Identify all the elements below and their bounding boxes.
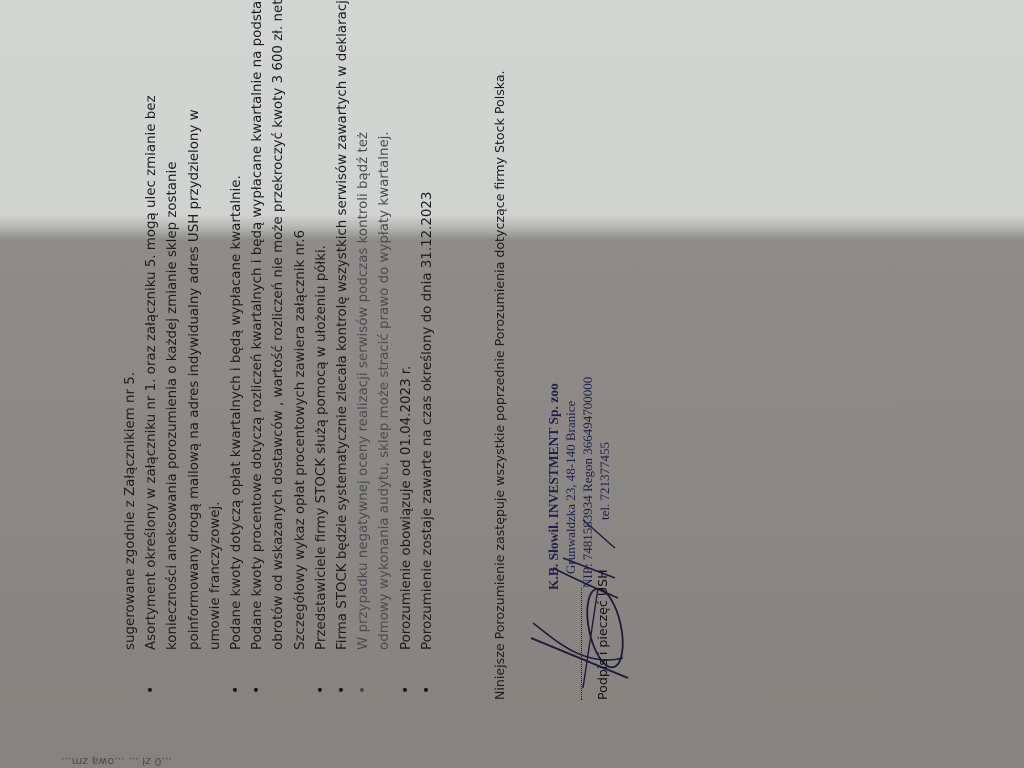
line-text: Asortyment określony w załączniku nr 1. … <box>144 95 159 650</box>
bullet-item-controls: Firma STOCK będzie systematycznie zlecał… <box>332 48 353 708</box>
list-line: umowie franczyzowej. <box>205 48 226 708</box>
terms-list: sugerowane zgodnie z Załącznikiem nr 5. … <box>120 48 438 708</box>
bullet-item-assortment: Asortyment określony w załączniku nr 1. … <box>141 48 162 708</box>
bullet-item-valid-from: Porozumienie obowiązuje od 01.04.2023 r. <box>396 48 417 708</box>
line-text: Firma STOCK będzie systematycznie zlecał… <box>335 0 350 650</box>
line-text: W przypadku negatywnej oceny realizacji … <box>356 132 371 650</box>
bullet-item-representatives: Przedstawiciele firmy STOCK służą pomocą… <box>311 48 332 708</box>
line-text: poinformowany drogą mailową na adres ind… <box>187 109 202 650</box>
list-line: poinformowany drogą mailową na adres ind… <box>184 48 205 708</box>
line-text: sugerowane zgodnie z Załącznikiem nr 5. <box>123 372 138 650</box>
line-text: umowie franczyzowej. <box>208 501 223 650</box>
closing-statement: Niniejsze Porozumienie zastępuje wszystk… <box>492 70 507 708</box>
bullet-item-valid-until: Porozumienie zostaje zawarte na czas okr… <box>417 48 438 708</box>
signature-area: Podpis i pieczęć USH K.B. Słowil. INVEST… <box>545 48 695 708</box>
company-stamp: K.B. Słowil. INVESTMENT Sp. zoo Grunwald… <box>545 377 613 590</box>
line-text: Podane kwoty procentowe dotyczą rozlicze… <box>250 0 265 650</box>
line-text: obrotów od wskazanych dostawców , wartoś… <box>271 0 286 650</box>
line-text: odmowy wykonania audytu, sklep może stra… <box>377 131 392 650</box>
bullet-item-negative-evaluation: W przypadku negatywnej oceny realizacji … <box>353 48 374 708</box>
stamp-address: Grunwaldzka 23, 48-140 Branice <box>562 377 579 590</box>
stamp-ids: NIP: 7481583934 Regon 366494700000 <box>579 377 596 590</box>
bullet-item-quarterly-fees: Podane kwoty dotyczą opłat kwartalnych i… <box>226 48 247 708</box>
line-text: konieczności aneksowania porozumienia o … <box>165 162 180 650</box>
signature-line <box>581 588 582 700</box>
line-text: Porozumienie obowiązuje od 01.04.2023 r. <box>399 366 414 650</box>
top-edge-fragment: ...0 zł ... ...ową zm... <box>61 755 172 768</box>
document-page: ...0 zł ... ...ową zm... sugerowane zgod… <box>0 0 1024 768</box>
list-line: Szczegółowy wykaz opłat procentowych zaw… <box>290 48 311 708</box>
stamp-phone: tel. 721377455 <box>596 377 613 590</box>
list-line: konieczności aneksowania porozumienia o … <box>162 48 183 708</box>
list-line: obrotów od wskazanych dostawców , wartoś… <box>268 48 289 708</box>
bullet-item-percentage-fees: Podane kwoty procentowe dotyczą rozlicze… <box>247 48 268 708</box>
line-text: Przedstawiciele firmy STOCK służą pomocą… <box>314 245 329 650</box>
stamp-company-name: K.B. Słowil. INVESTMENT Sp. zoo <box>545 377 562 590</box>
line-text: Podane kwoty dotyczą opłat kwartalnych i… <box>229 175 244 650</box>
list-line: sugerowane zgodnie z Załącznikiem nr 5. <box>120 48 141 708</box>
list-line: odmowy wykonania audytu, sklep może stra… <box>374 48 395 708</box>
line-text: Szczegółowy wykaz opłat procentowych zaw… <box>293 230 308 650</box>
line-text: Porozumienie zostaje zawarte na czas okr… <box>420 192 435 650</box>
